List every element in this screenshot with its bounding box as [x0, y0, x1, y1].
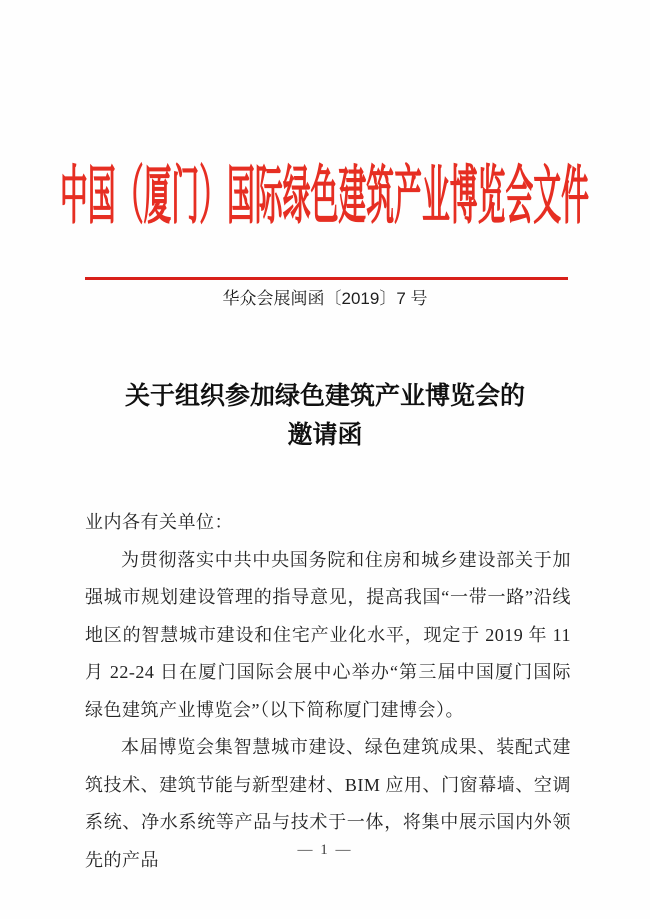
letterhead-title-text: 中国（厦门）国际绿色建筑产业博览会文件	[61, 167, 590, 231]
document-page: 中国（厦门）国际绿色建筑产业博览会文件 华众会展闽函〔2019〕7 号 关于组织…	[0, 0, 650, 919]
letter-paragraph: 为贯彻落实中共中央国务院和住房和城乡建设部关于加强城市规划建设管理的指导意见，提…	[85, 542, 571, 730]
page-number: — 1 —	[0, 842, 650, 859]
letter-salutation: 业内各有关单位：	[85, 504, 571, 542]
letter-body: 业内各有关单位： 为贯彻落实中共中央国务院和住房和城乡建设部关于加强城市规划建设…	[85, 504, 571, 879]
letter-subject-heading: 关于组织参加绿色建筑产业博览会的 邀请函	[0, 377, 650, 455]
letterhead-divider-rule	[85, 277, 568, 280]
letter-subject-line1: 关于组织参加绿色建筑产业博览会的	[0, 377, 650, 416]
letter-subject-line2: 邀请函	[0, 416, 650, 455]
document-number: 华众会展闽函〔2019〕7 号	[0, 286, 650, 312]
letterhead-title: 中国（厦门）国际绿色建筑产业博览会文件	[0, 167, 650, 196]
